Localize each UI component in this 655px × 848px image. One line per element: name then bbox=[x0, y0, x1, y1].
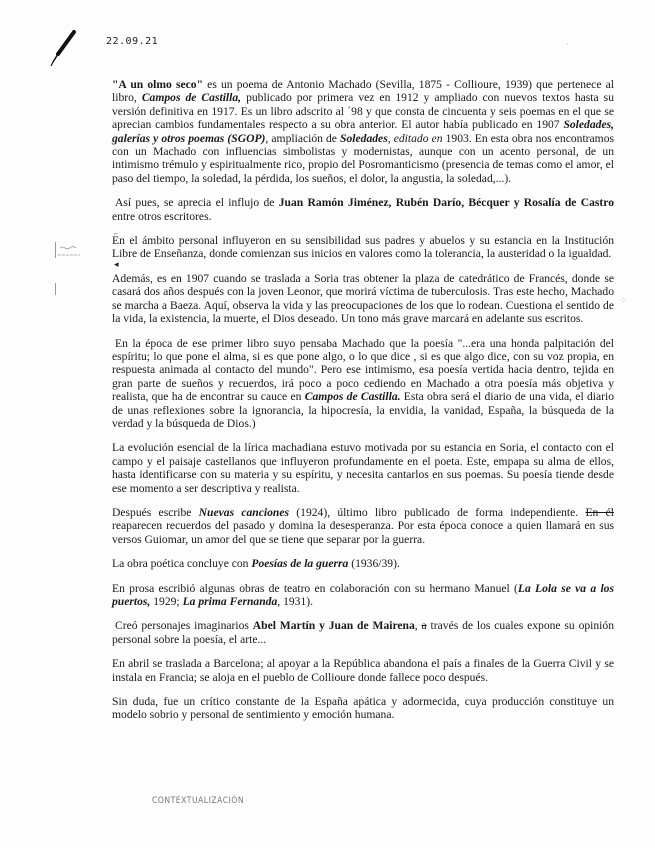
paragraph-personal: En el ámbito personal influyeron en su s… bbox=[112, 234, 614, 261]
paragraph-influences: Así pues, se aprecia el influjo de Juan … bbox=[112, 196, 614, 223]
text-segment: , bbox=[415, 619, 422, 632]
paragraph-soria: Además, es en 1907 cuando se traslada a … bbox=[112, 272, 614, 326]
handwritten-date: 22.09.21 bbox=[106, 36, 158, 47]
text-segment: reaparecen recuerdos del pasado y domina… bbox=[112, 519, 614, 545]
text-segment: "A un olmo seco" bbox=[112, 78, 203, 91]
text-segment: La prima Fernanda bbox=[183, 595, 278, 608]
scanned-page: 22.09.21 · ⁘ ◂ ⌐ "A un olmo seco" es un … bbox=[0, 0, 655, 848]
paragraph-conclusion-obra: La obra poética concluye con Poesías de … bbox=[112, 557, 614, 570]
text-segment: , ampliación de bbox=[265, 132, 340, 145]
text-segment: Sin duda, fue un crítico constante de la… bbox=[112, 695, 614, 721]
text-segment: editado en bbox=[394, 132, 443, 145]
text-segment: Además, es en 1907 cuando se traslada a … bbox=[112, 272, 614, 325]
text-segment: (1936/39). bbox=[348, 557, 400, 570]
paragraph-personajes: Creó personajes imaginarios Abel Martín … bbox=[112, 619, 614, 646]
paragraph-poetry-view: En la época de ese primer libro suyo pen… bbox=[112, 337, 614, 431]
text-segment: La evolución esencial de la lírica macha… bbox=[112, 441, 614, 494]
text-segment: En el ámbito personal influyeron en su s… bbox=[112, 234, 614, 260]
paragraph-nuevas-canciones: Después escribe Nuevas canciones (1924),… bbox=[112, 506, 614, 546]
paragraph-prosa: En prosa escribió algunas obras de teatr… bbox=[112, 582, 614, 609]
text-segment: 1929; bbox=[150, 595, 182, 608]
text-segment: Soledades bbox=[340, 132, 388, 145]
document-body: "A un olmo seco" es un poema de Antonio … bbox=[112, 78, 614, 733]
text-segment: Campos de Castilla. bbox=[305, 390, 401, 403]
paragraph-intro: "A un olmo seco" es un poema de Antonio … bbox=[112, 78, 614, 185]
text-segment: La obra poética concluye con bbox=[112, 557, 251, 570]
paragraph-exilio: En abril se traslada a Barcelona; al apo… bbox=[112, 657, 614, 684]
scan-speck: · bbox=[566, 40, 569, 49]
text-segment: (1924), último libro publicado de forma … bbox=[289, 506, 585, 519]
text-segment: Abel Martín y Juan de Mairena bbox=[253, 619, 415, 632]
paragraph-evolution: La evolución esencial de la lírica macha… bbox=[112, 441, 614, 495]
scan-speck: ⁘ bbox=[620, 296, 627, 305]
text-segment: Creó personajes imaginarios bbox=[115, 619, 253, 632]
pen-stroke-icon bbox=[50, 30, 78, 68]
text-segment: Campos de Castilla, bbox=[142, 91, 241, 104]
text-segment: En abril se traslada a Barcelona; al apo… bbox=[112, 657, 614, 683]
margin-line bbox=[55, 283, 56, 295]
text-segment: Así pues, se aprecia el influjo de bbox=[115, 196, 279, 209]
text-segment: Poesías de la guerra bbox=[251, 557, 348, 570]
footer-stamp: CONTEXTUALIZACIÓN bbox=[152, 796, 244, 806]
text-segment: En él bbox=[585, 506, 614, 519]
text-segment: Juan Ramón Jiménez, Rubén Darío, Bécquer… bbox=[279, 196, 614, 209]
text-segment: entre otros escritores. bbox=[112, 210, 211, 223]
margin-scribble-icon bbox=[54, 244, 88, 260]
text-segment: Nuevas canciones bbox=[199, 506, 289, 519]
paragraph-cierre: Sin duda, fue un crítico constante de la… bbox=[112, 695, 614, 722]
text-segment: Después escribe bbox=[112, 506, 199, 519]
text-segment: En prosa escribió algunas obras de teatr… bbox=[112, 582, 518, 595]
text-segment: , 1931). bbox=[277, 595, 313, 608]
